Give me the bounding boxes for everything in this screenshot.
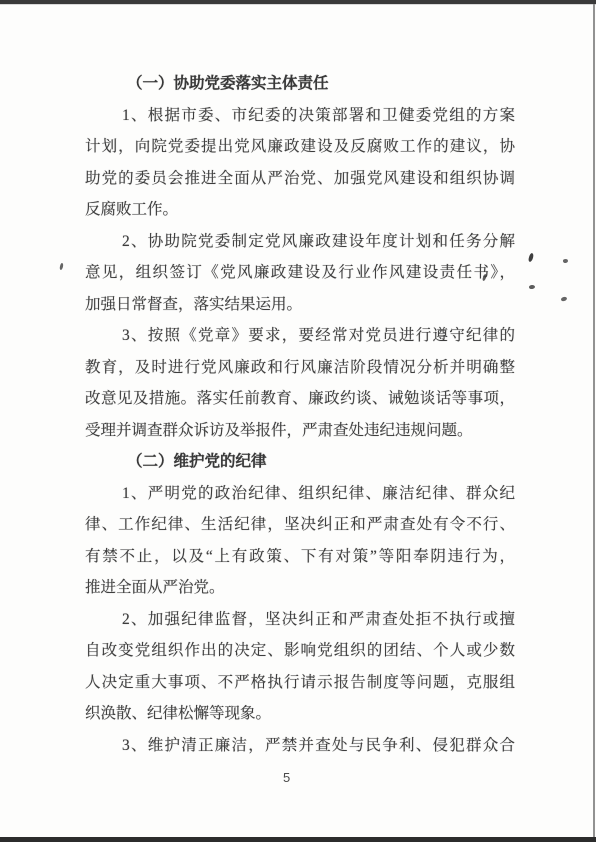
section-1-paragraph-3: 3、按照《党章》要求，要经常对党员进行遵守纪律的 教育，及时进行党风廉政和行风廉…	[85, 320, 515, 446]
paragraph-line: 3、维护清正廉洁，严禁并查处与民争利、侵犯群众合	[85, 730, 515, 762]
scan-speckle	[529, 285, 535, 290]
scan-speckle	[528, 253, 535, 263]
paragraph-line: 2、协助院党委制定党风廉政建设年度计划和任务分解	[85, 226, 515, 258]
scan-speckle	[59, 263, 64, 271]
paragraph-line: 律、工作纪律、生活纪律，坚决纠正和严肃查处有令不行、	[85, 509, 515, 541]
paragraph-line: 织涣散、纪律松懈等现象。	[85, 698, 515, 730]
section-2-heading: （二）维护党的纪律	[85, 446, 515, 478]
scanned-document-page: （一）协助党委落实主体责任 1、根据市委、市纪委的决策部署和卫健委党组的方案 计…	[0, 0, 596, 842]
paragraph-line: 自改变党组织作出的决定、影响党组织的团结、个人或少数	[85, 635, 515, 667]
paragraph-line: 1、严明党的政治纪律、组织纪律、廉洁纪律、群众纪	[85, 478, 515, 510]
section-2-paragraph-3: 3、维护清正廉洁，严禁并查处与民争利、侵犯群众合	[85, 730, 515, 762]
paragraph-line: 3、按照《党章》要求，要经常对党员进行遵守纪律的	[85, 320, 515, 352]
page-number: 5	[283, 770, 313, 785]
paragraph-line: 助党的委员会推进全面从严治党、加强党风建设和组织协调	[85, 163, 515, 195]
paragraph-line: 改意见及措施。落实任前教育、廉政约谈、诫勉谈话等事项，	[85, 383, 515, 415]
section-1-paragraph-2: 2、协助院党委制定党风廉政建设年度计划和任务分解 意见，组织签订《党风廉政建设及…	[85, 226, 515, 321]
section-1-paragraph-1: 1、根据市委、市纪委的决策部署和卫健委党组的方案 计划，向院党委提出党风廉政建设…	[85, 100, 515, 226]
scan-speckle	[563, 259, 569, 264]
section-2-paragraph-1: 1、严明党的政治纪律、组织纪律、廉洁纪律、群众纪 律、工作纪律、生活纪律，坚决纠…	[85, 478, 515, 604]
paragraph-line: 1、根据市委、市纪委的决策部署和卫健委党组的方案	[85, 100, 515, 132]
paragraph-line: 意见，组织签订《党风廉政建设及行业作风建设责任书》，	[85, 257, 515, 289]
paragraph-line: 反腐败工作。	[85, 194, 515, 226]
section-2-paragraph-2: 2、加强纪律监督，坚决纠正和严肃查处拒不执行或擅 自改变党组织作出的决定、影响党…	[85, 604, 515, 730]
paragraph-line: 教育，及时进行党风廉政和行风廉洁阶段情况分析并明确整	[85, 352, 515, 384]
scan-border-top	[0, 0, 596, 5]
paragraph-line: 有禁不止，以及“上有政策、下有对策”等阳奉阴违行为，	[85, 541, 515, 573]
paragraph-line: 推进全面从严治党。	[85, 572, 515, 604]
paragraph-line: 2、加强纪律监督，坚决纠正和严肃查处拒不执行或擅	[85, 604, 515, 636]
document-body: （一）协助党委落实主体责任 1、根据市委、市纪委的决策部署和卫健委党组的方案 计…	[85, 68, 515, 761]
scan-edge-line	[593, 4, 595, 837]
scan-speckle	[560, 296, 567, 302]
paragraph-line: 计划，向院党委提出党风廉政建设及反腐败工作的建议，协	[85, 131, 515, 163]
scan-border-bottom	[0, 837, 596, 842]
paragraph-line: 人决定重大事项、不严格执行请示报告制度等问题，克服组	[85, 667, 515, 699]
section-1-heading: （一）协助党委落实主体责任	[85, 68, 515, 100]
paragraph-line: 受理并调查群众诉访及举报件，严肃查处违纪违规问题。	[85, 415, 515, 447]
paragraph-line: 加强日常督查，落实结果运用。	[85, 289, 515, 321]
